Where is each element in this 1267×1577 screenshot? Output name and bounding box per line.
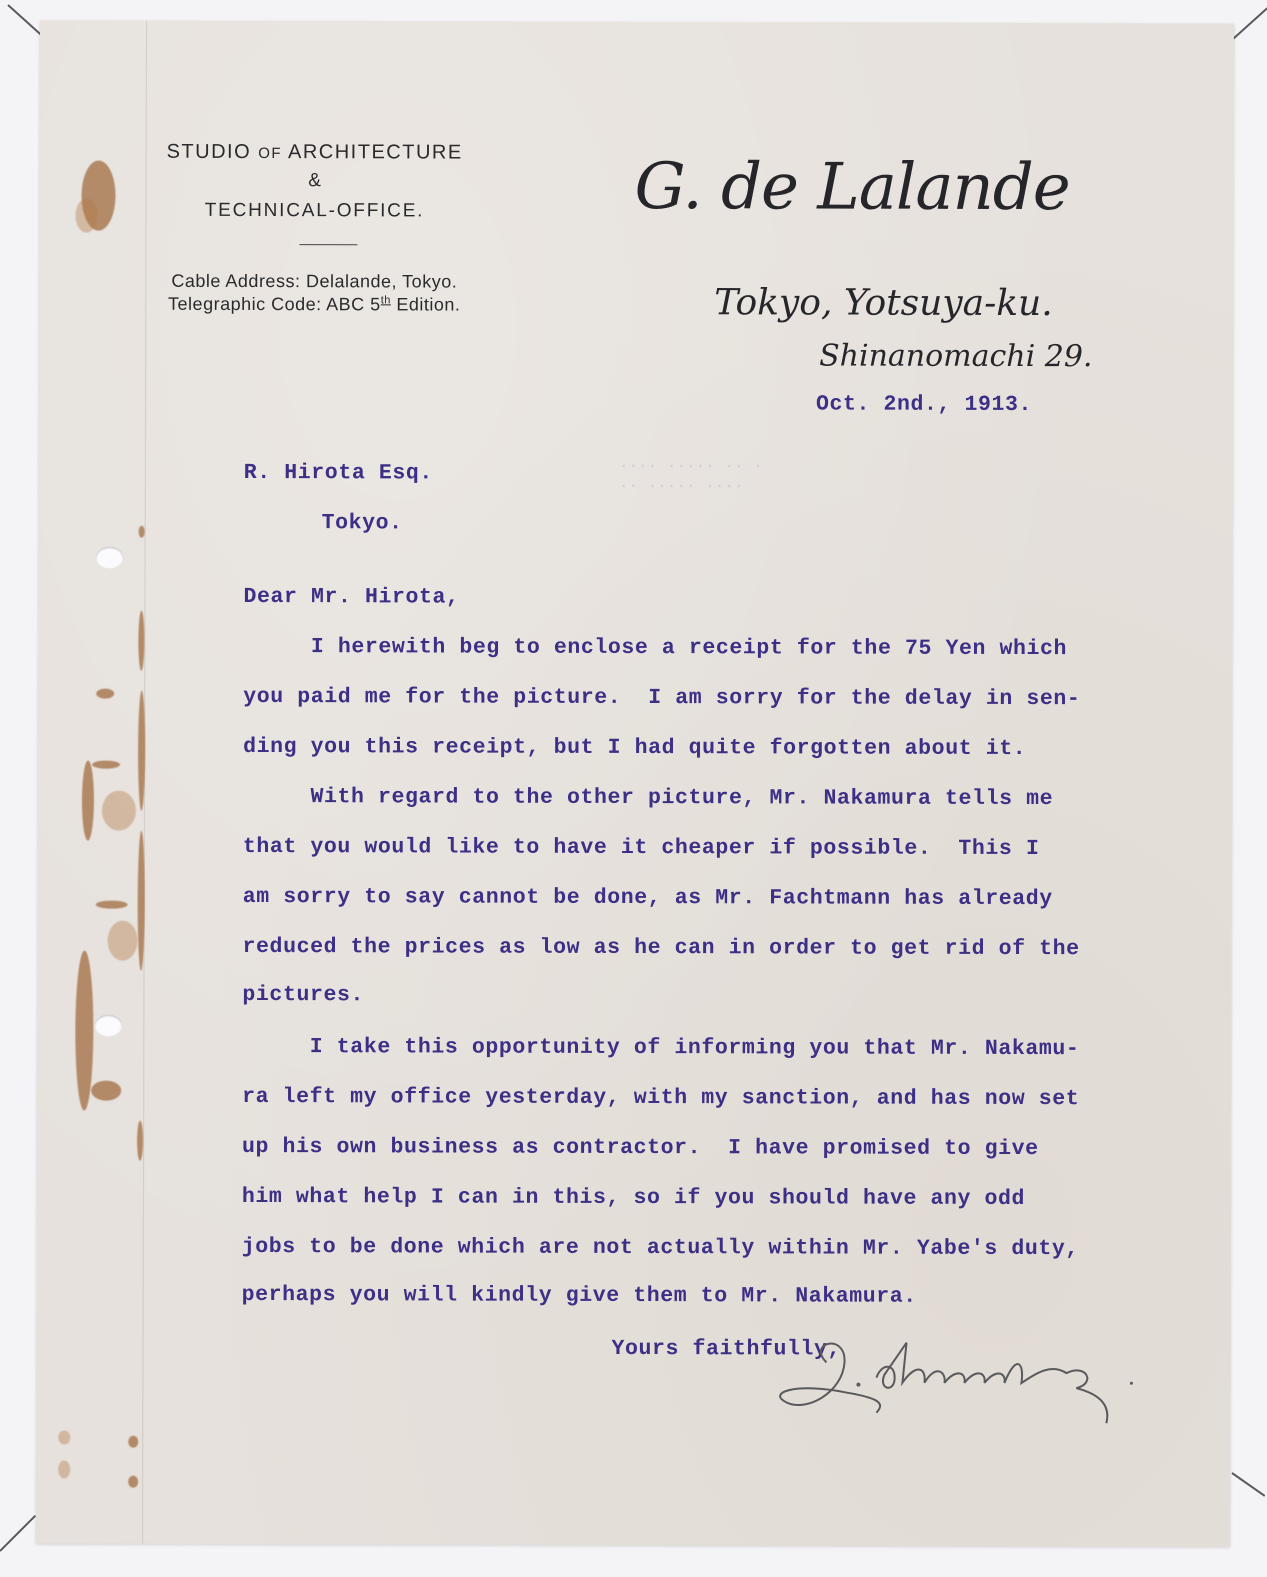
- body-line: jobs to be done which are not actually w…: [242, 1235, 1079, 1261]
- letterhead-name: G. de Lalande: [634, 150, 1069, 225]
- rust-stain: [91, 1081, 121, 1101]
- letterhead-ampersand: &: [140, 170, 490, 193]
- punch-hole: [94, 1015, 122, 1037]
- rust-stain: [58, 1460, 70, 1478]
- letterhead-address-line-2: Shinanomachi 29.: [819, 338, 1092, 374]
- body-line: reduced the prices as low as he can in o…: [243, 935, 1080, 961]
- body-line: ding you this receipt, but I had quite f…: [243, 735, 1026, 761]
- rust-stain: [58, 1430, 70, 1444]
- rust-stain: [82, 761, 94, 841]
- body-line: ra left my office yesterday, with my san…: [242, 1085, 1079, 1111]
- letterhead-address-line-1: Tokyo, Yotsuya-ku.: [714, 282, 1053, 324]
- rust-stain: [75, 951, 93, 1111]
- body-line: him what help I can in this, so if you s…: [242, 1185, 1025, 1211]
- recipient-city: Tokyo.: [322, 511, 403, 535]
- letterhead-divider: [299, 244, 357, 245]
- recipient-name: R. Hirota Esq.: [244, 461, 433, 485]
- body-line: pictures.: [242, 983, 364, 1007]
- ink-offset-ghost: .... ..... .. .: [619, 454, 763, 472]
- punch-hole: [96, 547, 124, 569]
- letterhead-telegraphic-code: Telegraphic Code: ABC 5th Edition.: [139, 294, 489, 316]
- letterhead-studio-title: STUDIO OF ARCHITECTURE: [140, 141, 490, 165]
- rust-stain: [128, 1436, 138, 1448]
- body-line: am sorry to say cannot be done, as Mr. F…: [243, 885, 1053, 911]
- rust-stain: [75, 199, 97, 233]
- rust-stain: [102, 791, 136, 831]
- rust-stain: [108, 921, 138, 961]
- handwritten-signature: [766, 1322, 1146, 1433]
- mounting-pin-top-right: [1232, 7, 1267, 39]
- body-line: that you would like to have it cheaper i…: [243, 835, 1040, 861]
- body-line: you paid me for the picture. I am sorry …: [243, 685, 1080, 711]
- mounting-pin-bottom-right: [1231, 1472, 1265, 1497]
- body-line: perhaps you will kindly give them to Mr.…: [242, 1283, 917, 1309]
- body-line: I take this opportunity of informing you…: [242, 1035, 1079, 1061]
- rust-stain: [128, 1476, 138, 1488]
- body-line: I herewith beg to enclose a receipt for …: [243, 635, 1067, 661]
- letter-sheet: STUDIO OF ARCHITECTURE & TECHNICAL-OFFIC…: [36, 20, 1234, 1546]
- ink-offset-ghost: .. ..... ....: [619, 474, 744, 492]
- body-line: up his own business as contractor. I hav…: [242, 1135, 1039, 1161]
- mounting-pin-bottom-left: [0, 1515, 36, 1552]
- salutation: Dear Mr. Hirota,: [243, 585, 459, 610]
- letter-date: Oct. 2nd., 1913.: [816, 392, 1032, 417]
- body-line: With regard to the other picture, Mr. Na…: [243, 785, 1053, 811]
- letterhead-studio-block: STUDIO OF ARCHITECTURE & TECHNICAL-OFFIC…: [109, 141, 489, 316]
- rust-stain: [96, 689, 114, 699]
- rust-stain: [92, 761, 120, 769]
- letterhead-cable-address: Cable Address: Delalande, Tokyo.: [139, 271, 489, 293]
- rust-stain: [139, 526, 145, 538]
- letterhead-technical-office: TECHNICAL-OFFICE.: [139, 200, 489, 223]
- rust-stain: [96, 901, 128, 909]
